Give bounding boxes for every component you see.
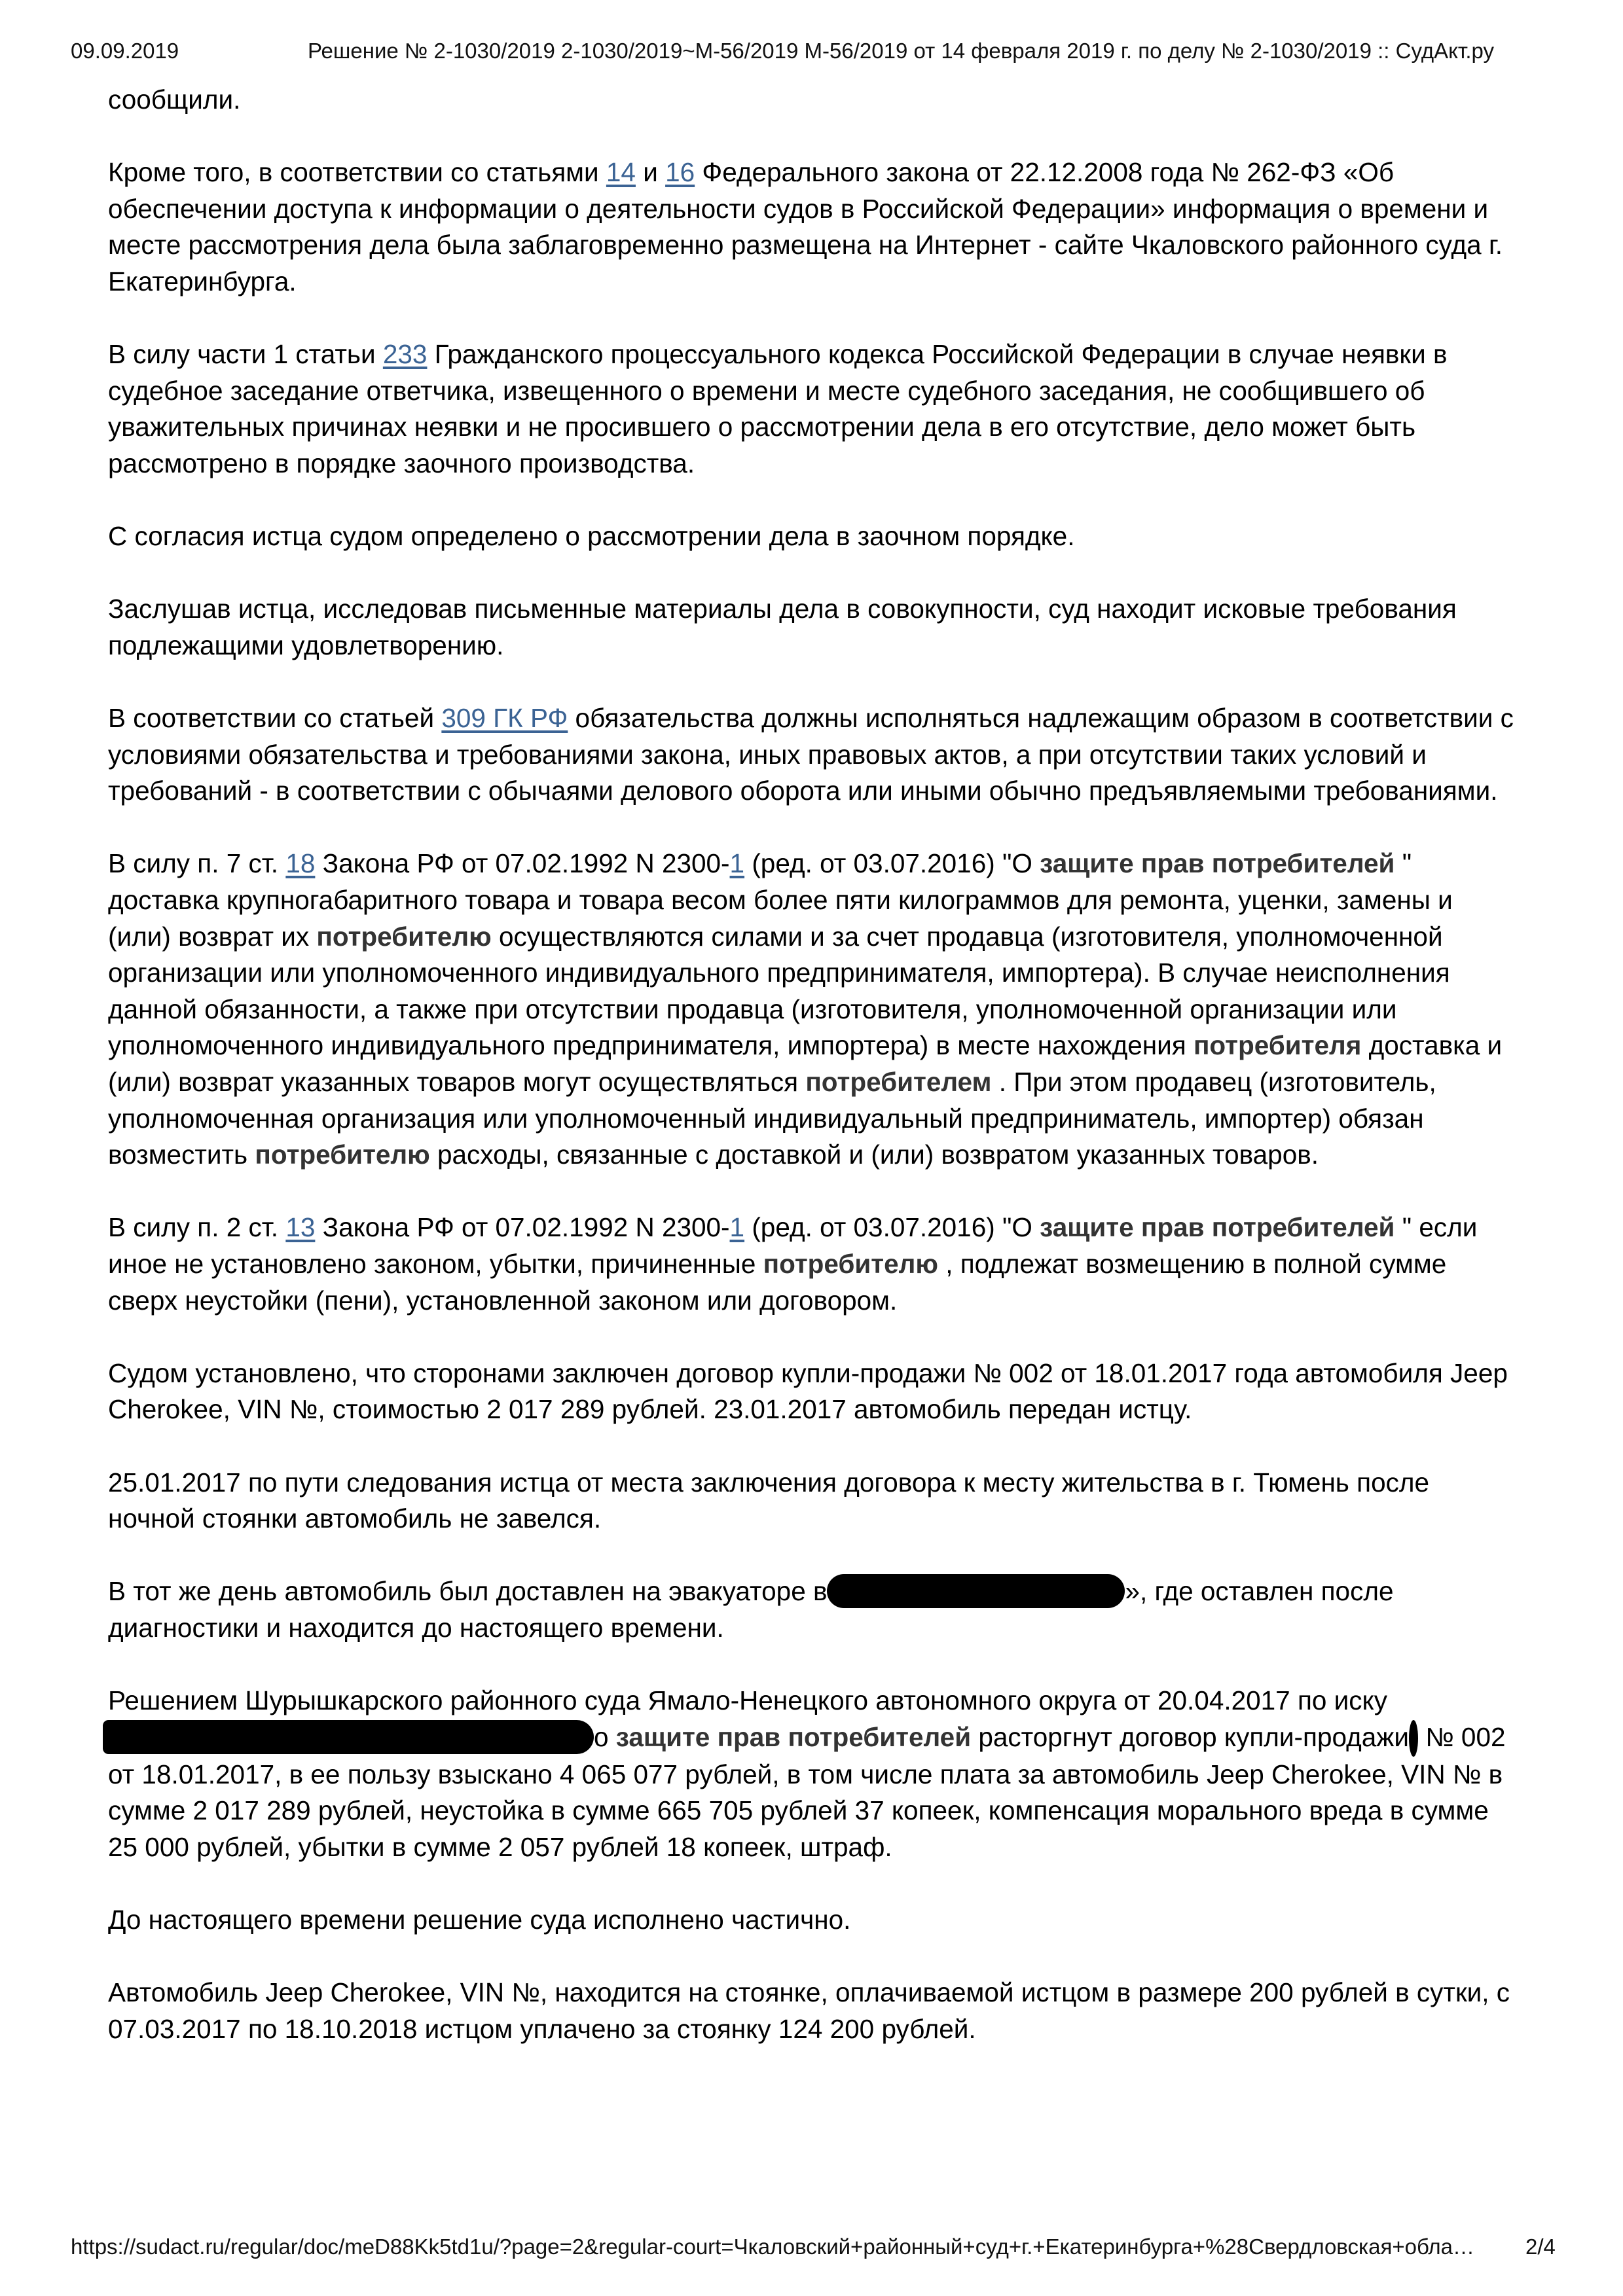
text-segment: В силу части 1 статьи: [108, 339, 383, 369]
law-article-link[interactable]: 233: [383, 339, 428, 369]
text-segment: В тот же день автомобиль был доставлен н…: [108, 1576, 827, 1606]
text-segment: До настоящего времени решение суда испол…: [108, 1905, 850, 1935]
paragraph: Автомобиль Jeep Cherokee, VIN №, находит…: [108, 1975, 1516, 2047]
law-article-link[interactable]: 1: [730, 848, 745, 878]
text-segment: сообщили.: [108, 84, 240, 115]
text-segment: Кроме того, в соответствии со статьями: [108, 157, 606, 187]
text-segment: Закона РФ от 07.02.1992 N 2300-: [315, 848, 729, 878]
law-article-link[interactable]: 18: [285, 848, 315, 878]
text-segment: Заслушав истца, исследовав письменные ма…: [108, 594, 1457, 660]
text-segment: Решением Шурышкарского районного суда Ям…: [108, 1685, 1387, 1715]
text-segment: и: [636, 157, 665, 187]
text-segment: о: [594, 1722, 616, 1752]
text-segment: (ред. от 03.07.2016) "О: [744, 1212, 1040, 1242]
text-segment: Судом установлено, что сторонами заключе…: [108, 1358, 1508, 1425]
highlighted-term: потребителя: [1194, 1030, 1361, 1060]
text-segment: В силу п. 7 ст.: [108, 848, 285, 878]
law-article-link[interactable]: 16: [665, 157, 695, 187]
page-url: https://sudact.ru/regular/doc/meD88Kk5td…: [71, 2234, 1474, 2260]
highlighted-term: защите прав потребителей: [616, 1722, 971, 1752]
text-segment: расторгнут договор купли-продажи: [971, 1722, 1409, 1752]
text-segment: (ред. от 03.07.2016) "О: [744, 848, 1040, 878]
text-segment: Автомобиль Jeep Cherokee, VIN №, находит…: [108, 1977, 1510, 2044]
paragraph: В тот же день автомобиль был доставлен н…: [108, 1573, 1516, 1646]
paragraph: Судом установлено, что сторонами заключе…: [108, 1355, 1516, 1428]
text-segment: 25.01.2017 по пути следования истца от м…: [108, 1467, 1429, 1534]
law-article-link[interactable]: 13: [285, 1212, 315, 1242]
paragraph: В силу п. 2 ст. 13 Закона РФ от 07.02.19…: [108, 1210, 1516, 1319]
law-article-link[interactable]: 309 ГК РФ: [441, 703, 568, 733]
paragraph: Кроме того, в соответствии со статьями 1…: [108, 154, 1516, 300]
highlighted-term: защите прав потребителей: [1040, 1212, 1395, 1242]
page-number: 2/4: [1525, 2234, 1556, 2260]
highlighted-term: потребителю: [763, 1249, 938, 1279]
paragraph: В соответствии со статьей 309 ГК РФ обяз…: [108, 700, 1516, 810]
highlighted-term: потребителю: [316, 922, 491, 952]
paragraph: сообщили.: [108, 82, 1516, 118]
document-body: сообщили.Кроме того, в соответствии со с…: [108, 82, 1516, 2084]
paragraph: С согласия истца судом определено о расс…: [108, 518, 1516, 555]
highlighted-term: защите прав потребителей: [1040, 848, 1395, 878]
redaction-block: [827, 1574, 1125, 1608]
paragraph: В силу части 1 статьи 233 Гражданского п…: [108, 336, 1516, 482]
paragraph: Заслушав истца, исследовав письменные ма…: [108, 591, 1516, 664]
text-segment: расходы, связанные с доставкой и (или) в…: [430, 1139, 1319, 1170]
text-segment: Закона РФ от 07.02.1992 N 2300-: [315, 1212, 729, 1242]
page-title: Решение № 2-1030/2019 2-1030/2019~М-56/2…: [308, 38, 1494, 64]
print-date: 09.09.2019: [71, 38, 179, 64]
redaction-block: [103, 1720, 594, 1754]
redaction-block: [1409, 1720, 1418, 1757]
highlighted-term: потребителю: [255, 1139, 429, 1170]
text-segment: В силу п. 2 ст.: [108, 1212, 285, 1242]
paragraph: В силу п. 7 ст. 18 Закона РФ от 07.02.19…: [108, 846, 1516, 1173]
text-segment: В соответствии со статьей: [108, 703, 441, 733]
paragraph: Решением Шурышкарского районного суда Ям…: [108, 1683, 1516, 1865]
highlighted-term: потребителем: [805, 1067, 991, 1097]
paragraph: 25.01.2017 по пути следования истца от м…: [108, 1465, 1516, 1537]
law-article-link[interactable]: 14: [606, 157, 636, 187]
text-segment: С согласия истца судом определено о расс…: [108, 521, 1074, 551]
paragraph: До настоящего времени решение суда испол…: [108, 1902, 1516, 1939]
law-article-link[interactable]: 1: [730, 1212, 745, 1242]
